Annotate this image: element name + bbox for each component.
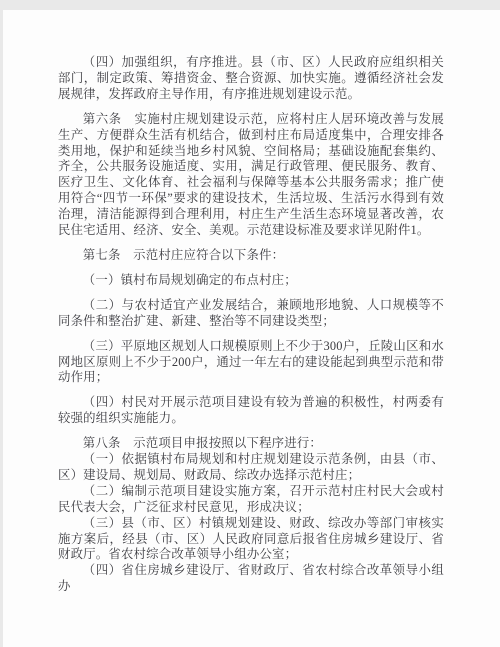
paragraph: （二）编制示范项目建设实施方案，召开示范村庄村民大会或村民代表大会，广泛征求村民… xyxy=(58,484,444,516)
paragraph: （一）镇村布局规划确定的布点村庄； xyxy=(58,273,444,289)
paragraph: （二）与农村适宜产业发展结合，兼顾地形地貌、人口规模等不同条件和整治扩建、新建、… xyxy=(58,298,444,330)
paragraph: 第六条 实施村庄规划建设示范，应将村庄人居环境改善与发展生产、方便群众生活有机结… xyxy=(58,112,444,239)
paragraph: （四）省住房城乡建设厅、省财政厅、省农村综合改革领导小组办 xyxy=(58,563,444,595)
paragraph: （三）县（市、区）村镇规划建设、财政、综改办等部门审核实施方案后，经县（市、区）… xyxy=(58,516,444,564)
paragraph: （一）依据镇村布局规划和村庄规划建设示范条例，由县（市、区）建设局、规划局、财政… xyxy=(58,452,444,484)
document-page: （四）加强组织，有序推进。县（市、区）人民政府应组织相关部门，制定政策、筹措资金… xyxy=(3,10,500,647)
paragraph: 第七条 示范村庄应符合以下条件： xyxy=(58,248,444,264)
document-body: （四）加强组织，有序推进。县（市、区）人民政府应组织相关部门，制定政策、筹措资金… xyxy=(58,55,444,595)
paragraph: 第八条 示范项目申报按照以下程序进行： xyxy=(58,436,444,452)
paragraph: （三）平原地区规划人口规模原则上不少于300户，丘陵山区和水网地区原则上不少于2… xyxy=(58,339,444,387)
paragraph: （四）村民对开展示范项目建设有较为普遍的积极性，村两委有较强的组织实施能力。 xyxy=(58,395,444,427)
paragraph: （四）加强组织，有序推进。县（市、区）人民政府应组织相关部门，制定政策、筹措资金… xyxy=(58,55,444,103)
